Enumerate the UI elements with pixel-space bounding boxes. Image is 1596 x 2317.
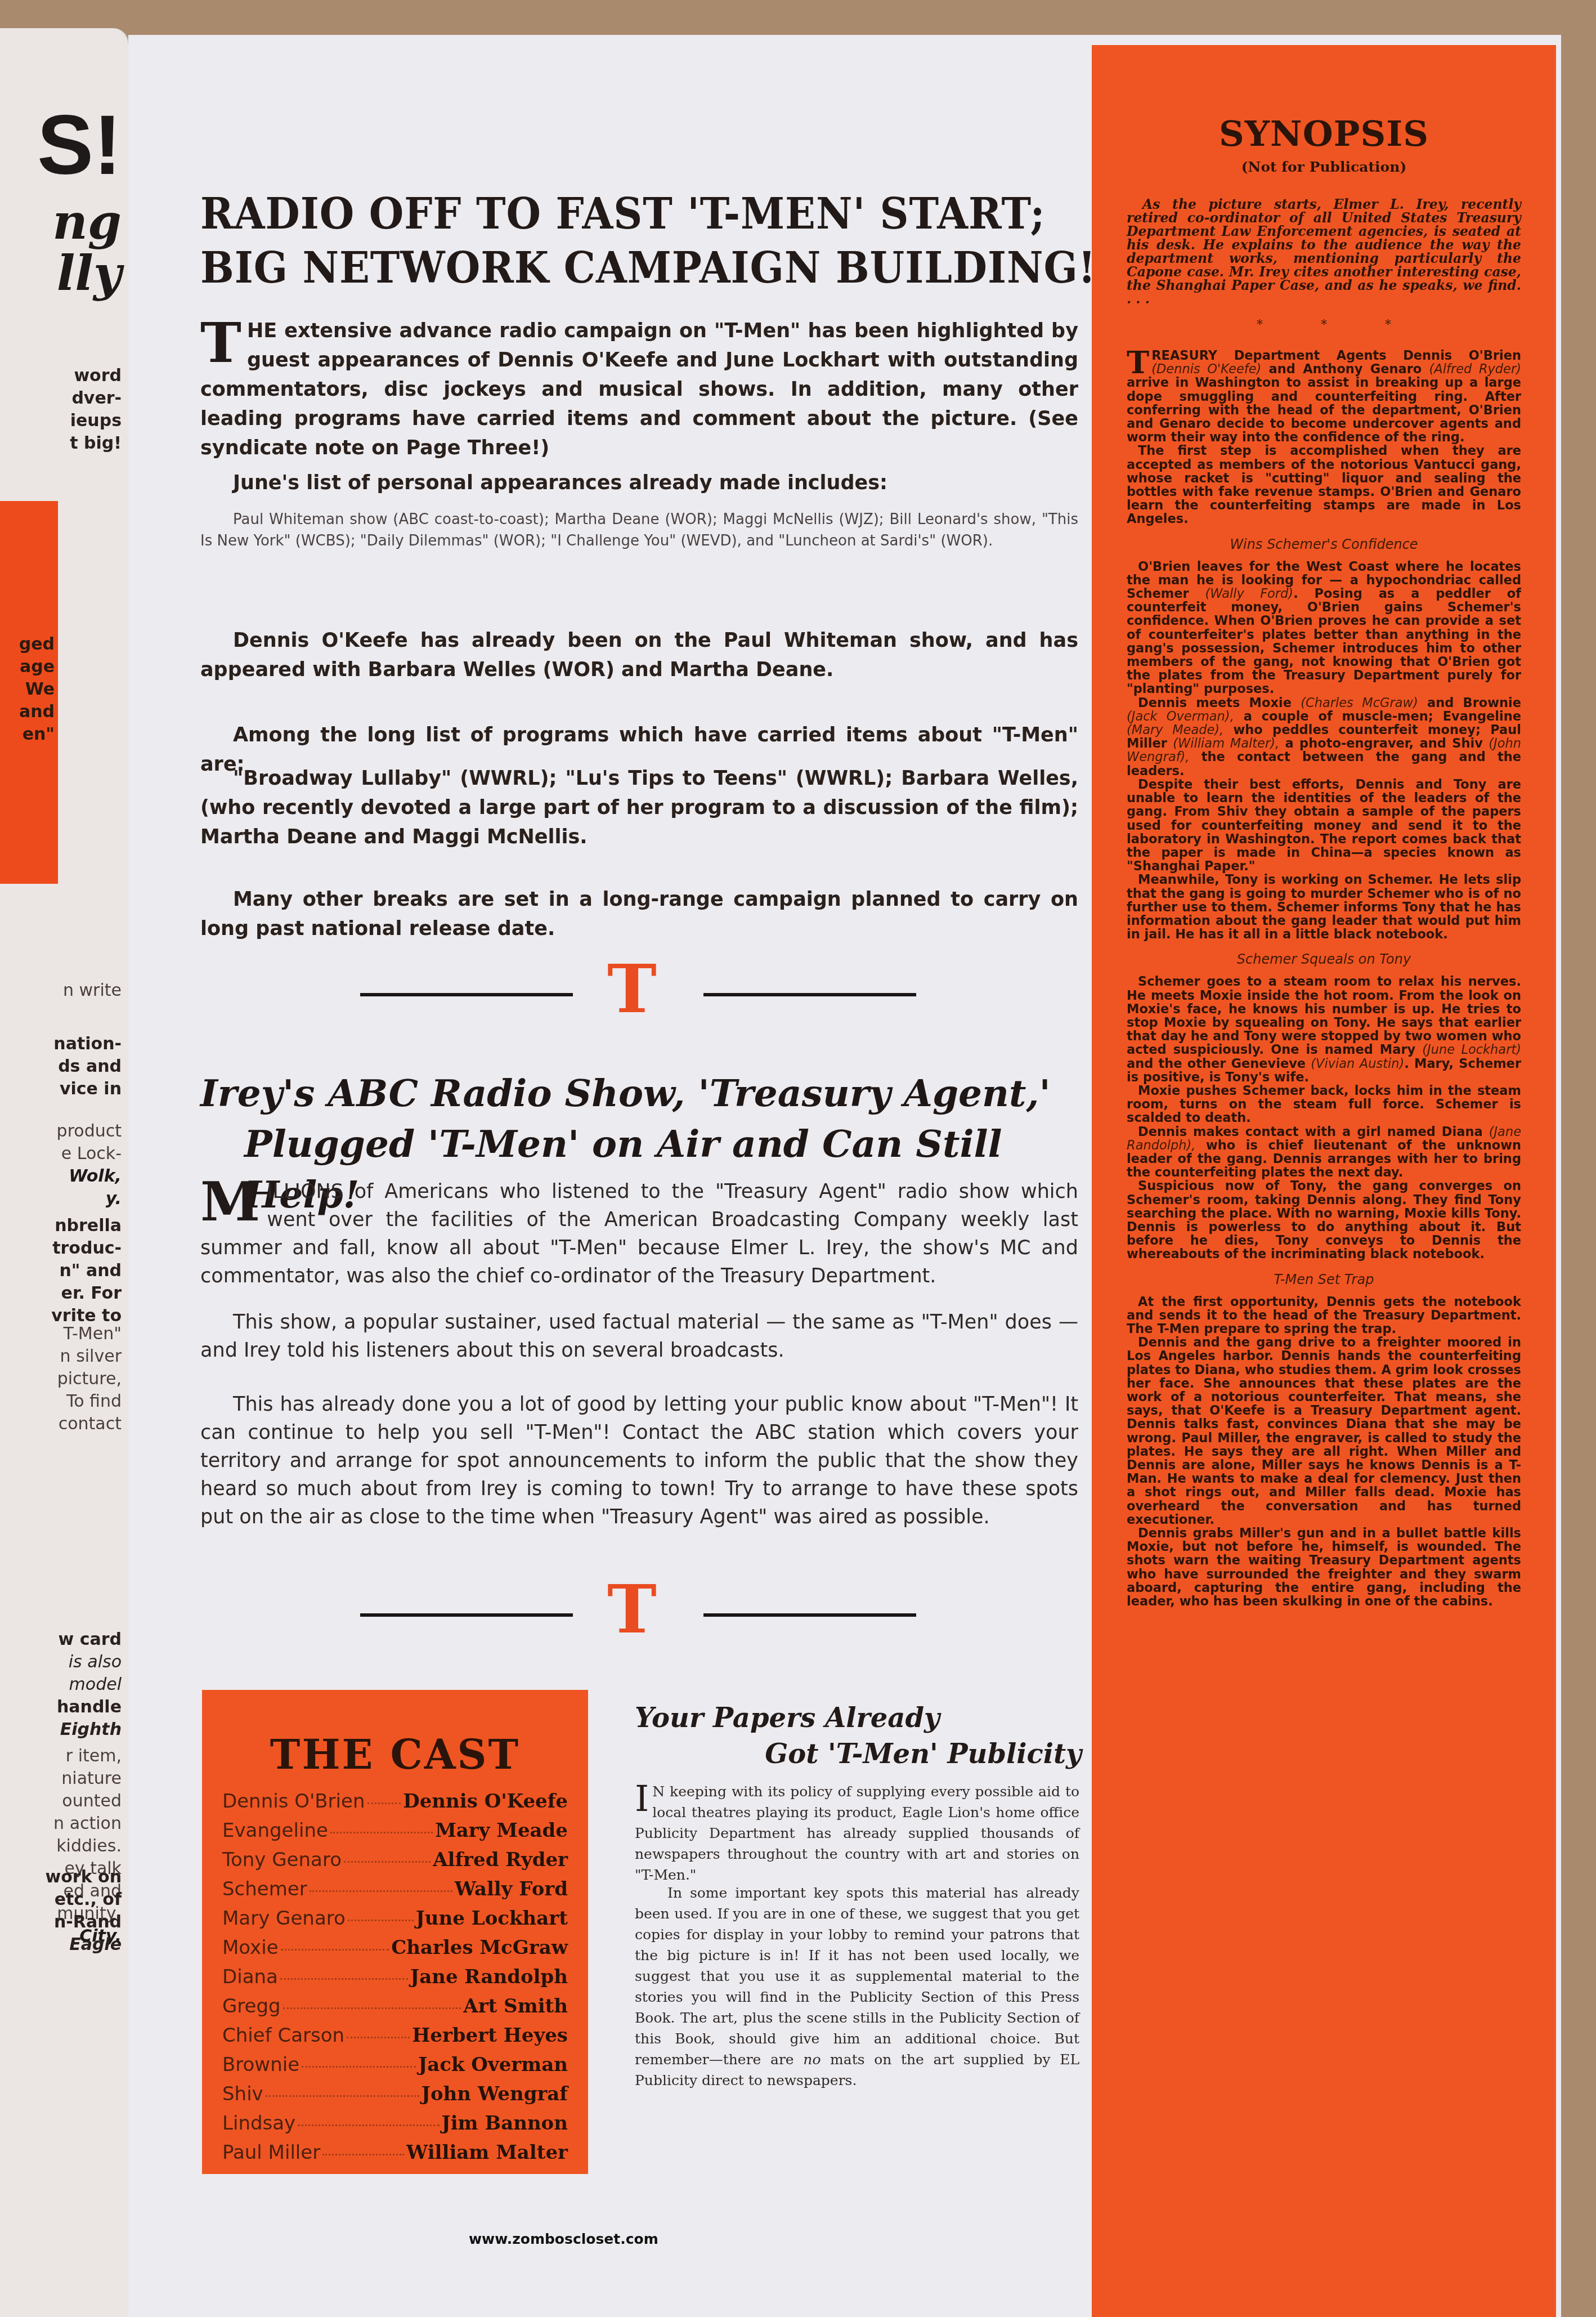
drop-cap: T [200, 320, 241, 367]
text-line: n-Rand [46, 1911, 122, 1934]
left-page-headline-fragment: S! [37, 102, 122, 187]
text-line: ds and [53, 1055, 122, 1078]
actor-credit: (William Malter), [1173, 736, 1279, 751]
text-line: contact [57, 1413, 122, 1435]
cast-actor: Jim Bannon [442, 2112, 568, 2135]
dot-leader [266, 2095, 419, 2097]
text-line: n" and [51, 1260, 122, 1282]
headline-line-1: Irey's ABC Radio Show, 'Treasury Agent,' [200, 1068, 1084, 1119]
cast-role: Schemer [222, 1878, 307, 1900]
dot-leader [348, 1920, 414, 1921]
dot-leader [367, 1802, 401, 1804]
text: a couple of muscle-men; Evangeline [1234, 709, 1521, 724]
actor-credit: (Dennis O'Keefe) [1151, 362, 1261, 377]
synopsis-paragraph: O'Brien leaves for the West Coast where … [1127, 560, 1521, 696]
programs-list: "Broadway Lullaby" (WWRL); "Lu's Tips to… [200, 764, 1078, 852]
cast-role: Diana [222, 1966, 278, 1988]
text-line: w card [57, 1629, 122, 1651]
text-line: t big! [70, 432, 122, 455]
actor-credit: (Mary Meade), [1127, 723, 1223, 737]
text-line: nbrella [51, 1215, 122, 1237]
text-line: Wolk, [57, 1165, 122, 1188]
text-line: ged [19, 633, 55, 656]
cast-row: BrownieJack Overman [222, 2054, 568, 2083]
synopsis-paragraph: Suspicious now of Tony, the gang converg… [1127, 1179, 1521, 1261]
actor-credit: (Alfred Ryder) [1429, 362, 1521, 377]
actor-credit: (Jack Overman), [1127, 709, 1234, 724]
cast-actor: Charles McGraw [391, 1936, 568, 1959]
left-page-para-5: w card is also model handle Eighth [57, 1629, 122, 1741]
cast-actor: Herbert Heyes [412, 2024, 568, 2047]
dot-leader [280, 1978, 408, 1980]
cast-role: Evangeline [222, 1819, 328, 1842]
cast-actor: Art Smith [463, 1995, 568, 2018]
text: REASURY Department Agents Dennis O'Brien [1151, 348, 1521, 363]
divider-rule-left [360, 993, 573, 996]
actor-credit: (Vivian Austin) [1311, 1057, 1404, 1071]
left-page-para-2: product e Lock- Wolk, y. [57, 1120, 122, 1210]
main-column: RADIO OFF TO FAST 'T-MEN' START; BIG NET… [128, 35, 1092, 2317]
cast-role: Dennis O'Brien [222, 1790, 365, 1813]
drop-cap: M [200, 1180, 260, 1224]
synopsis-paragraph: Dennis makes contact with a girl named D… [1127, 1125, 1521, 1180]
cast-role: Paul Miller [222, 2141, 320, 2164]
cast-row: ShivJohn Wengraf [222, 2083, 568, 2112]
cast-actor: Jane Randolph [410, 1966, 568, 1988]
text-line: troduc- [51, 1237, 122, 1260]
cast-role: Tony Genaro [222, 1849, 342, 1871]
press-book-page: RADIO OFF TO FAST 'T-MEN' START; BIG NET… [128, 35, 1561, 2317]
text-line: etc., of [46, 1889, 122, 1911]
cast-row: GreggArt Smith [222, 1995, 568, 2024]
text-line: age [19, 656, 55, 678]
text: and the other Genevieve [1127, 1057, 1311, 1071]
text: arrive in Washington to assist in breaki… [1127, 375, 1521, 445]
synopsis-paragraph: Dennis grabs Miller's gun and in a bulle… [1127, 1527, 1521, 1608]
cast-role: Gregg [222, 1995, 281, 2018]
text-line: We [19, 678, 55, 701]
divider-rule-right [703, 1613, 916, 1617]
text-line: vice in [53, 1078, 122, 1101]
text-line: er. For [51, 1282, 122, 1305]
synopsis-paragraph: Meanwhile, Tony is working on Schemer. H… [1127, 873, 1521, 941]
cast-list: Dennis O'BrienDennis O'KeefeEvangelineMa… [222, 1790, 568, 2171]
left-page-subhead-1: ng [52, 197, 122, 248]
watermark-link[interactable]: www.zomboscloset.com [469, 2231, 658, 2247]
irey-paragraph-1: MILLIONS of Americans who listened to th… [200, 1178, 1078, 1290]
cast-role: Mary Genaro [222, 1907, 346, 1930]
cast-row: Chief CarsonHerbert Heyes [222, 2024, 568, 2054]
cast-row: MoxieCharles McGraw [222, 1936, 568, 1966]
text-line: product [57, 1120, 122, 1143]
text-line: To find [57, 1390, 122, 1413]
text-line: is also [57, 1651, 122, 1674]
cast-role: Lindsay [222, 2112, 295, 2135]
cast-row: Tony GenaroAlfred Ryder [222, 1849, 568, 1878]
text: a photo-engraver, and Shiv [1279, 736, 1489, 751]
divider-rule-right [703, 993, 916, 996]
text: . Posing as a peddler of counterfeit mon… [1127, 587, 1521, 696]
radio-article-lead: THE extensive advance radio campaign on … [200, 316, 1078, 463]
dot-leader [344, 1861, 431, 1863]
t-ornament-divider-1: T [353, 958, 916, 1020]
synopsis-paragraph: Schemer goes to a steam room to relax hi… [1127, 975, 1521, 1084]
left-page-para-4: T-Men" n silver picture, To find contact [57, 1323, 122, 1435]
text-line: and [19, 701, 55, 723]
cast-row: SchemerWally Ford [222, 1878, 568, 1907]
cast-role: Shiv [222, 2083, 263, 2105]
t-ornament-icon: T [607, 958, 657, 1020]
left-page-para-3: nbrella troduc- n" and er. For vrite to [51, 1215, 122, 1327]
dot-leader [330, 1832, 433, 1833]
papers-paragraph-2: In some important key spots this materia… [635, 1882, 1079, 2091]
dot-leader [283, 2007, 461, 2009]
synopsis-subheading: Wins Schemer's Confidence [1127, 536, 1521, 552]
divider-rule-left [360, 1613, 573, 1617]
irey-paragraph-3: This has already done you a lot of good … [200, 1390, 1078, 1531]
cast-actor: June Lockhart [416, 1907, 568, 1930]
cast-actor: Jack Overman [418, 2054, 568, 2076]
synopsis-paragraph: TREASURY Department Agents Dennis O'Brie… [1127, 349, 1521, 444]
paragraph-text: In some important key spots this materia… [635, 1885, 1079, 2068]
text-line: T-Men" [57, 1323, 122, 1345]
lead-text: HE extensive advance radio campaign on "… [200, 320, 1078, 459]
cast-actor: Dennis O'Keefe [403, 1790, 568, 1813]
text: Dennis makes contact with a girl named D… [1138, 1125, 1489, 1139]
cast-actor: John Wengraf [422, 2083, 568, 2105]
left-page-write: n write [63, 979, 122, 1002]
left-page-para-1: nation- ds and vice in [53, 1033, 122, 1101]
dot-leader [322, 2154, 404, 2155]
synopsis-paragraph: Dennis meets Moxie (Charles McGraw) and … [1127, 696, 1521, 778]
t-ornament-divider-2: T [353, 1578, 916, 1640]
text-line: e Lock- [57, 1143, 122, 1165]
synopsis-subheading: T-Men Set Trap [1127, 1272, 1521, 1287]
radio-article-headline: RADIO OFF TO FAST 'T-MEN' START; BIG NET… [200, 187, 1019, 295]
june-appearances-list: Paul Whiteman show (ABC coast-to-coast);… [200, 509, 1078, 552]
text-line: dver- [70, 387, 122, 410]
text-line: Eagle [46, 1934, 122, 1956]
headline-line-2: BIG NETWORK CAMPAIGN BUILDING! [200, 241, 1019, 295]
text-line: y. [57, 1188, 122, 1210]
dot-leader [310, 1890, 452, 1892]
cast-box: THE CAST Dennis O'BrienDennis O'KeefeEva… [202, 1690, 588, 2174]
text-line: work on [46, 1866, 122, 1889]
cast-role: Brownie [222, 2054, 299, 2076]
text-line: model [57, 1674, 122, 1696]
text-line: r item, [53, 1745, 122, 1768]
asterism-divider: * * * [1127, 318, 1521, 332]
headline-line-1: Your Papers Already [635, 1700, 1085, 1736]
left-page-subhead-2: lly [57, 249, 122, 299]
cast-row: DianaJane Randolph [222, 1966, 568, 1995]
text-line: niature [53, 1768, 122, 1790]
dot-leader [281, 1949, 389, 1951]
paragraph-text: ILLIONS of Americans who listened to the… [200, 1180, 1078, 1287]
synopsis-paragraph: Moxie pushes Schemer back, locks him in … [1127, 1084, 1521, 1125]
drop-cap: I [635, 1783, 649, 1815]
synopsis-column: SYNOPSIS (Not for Publication) As the pi… [1092, 45, 1556, 2317]
headline-line-1: RADIO OFF TO FAST 'T-MEN' START; [200, 187, 1019, 241]
text-line: n action [53, 1813, 122, 1835]
left-page-para-7: work on etc., of n-Rand Eagle [46, 1866, 122, 1956]
synopsis-subtitle: (Not for Publication) [1127, 159, 1521, 175]
cast-row: Mary GenaroJune Lockhart [222, 1907, 568, 1936]
text-line: n silver [57, 1345, 122, 1368]
synopsis-paragraph: Dennis and the gang drive to a freighter… [1127, 1336, 1521, 1527]
left-facing-page: S! ng lly word dver- ieups t big! ged ag… [0, 28, 130, 2317]
june-appearances-heading: June's list of personal appearances alre… [200, 468, 1078, 498]
synopsis-paragraph: The first step is accomplished when they… [1127, 444, 1521, 526]
irey-paragraph-2: This show, a popular sustainer, used fac… [200, 1308, 1078, 1365]
cast-role: Chief Carson [222, 2024, 344, 2047]
cast-row: EvangelineMary Meade [222, 1819, 568, 1849]
actor-credit: (Wally Ford) [1205, 587, 1294, 601]
cast-actor: William Malter [406, 2141, 568, 2164]
text: and Anthony Genaro [1261, 362, 1429, 377]
dot-leader [302, 2066, 416, 2068]
headline-line-2: Got 'T-Men' Publicity [635, 1736, 1085, 1772]
synopsis-paragraph: At the first opportunity, Dennis gets th… [1127, 1295, 1521, 1336]
text-line: kiddies. [53, 1835, 122, 1858]
cast-title: THE CAST [222, 1729, 568, 1780]
cast-actor: Mary Meade [435, 1819, 568, 1842]
papers-article-headline: Your Papers Already Got 'T-Men' Publicit… [635, 1700, 1085, 1772]
left-page-orange-box: ged age We and en" [0, 501, 58, 884]
text: and Brownie [1418, 696, 1521, 710]
dot-leader [347, 2037, 410, 2038]
text-line: ieups [70, 410, 122, 432]
cast-row: Paul MillerWilliam Malter [222, 2141, 568, 2171]
dot-leader [298, 2124, 439, 2126]
text-line: picture, [57, 1368, 122, 1390]
synopsis-intro: As the picture starts, Elmer L. Irey, re… [1127, 198, 1521, 306]
cast-actor: Alfred Ryder [433, 1849, 568, 1871]
okeefe-paragraph: Dennis O'Keefe has already been on the P… [200, 626, 1078, 685]
cast-actor: Wally Ford [455, 1878, 568, 1900]
actor-credit: (June Lockhart) [1422, 1043, 1521, 1057]
text-line: word [70, 365, 122, 387]
drop-cap: T [1127, 350, 1149, 375]
text-line: nation- [53, 1033, 122, 1055]
synopsis-subheading: Schemer Squeals on Tony [1127, 951, 1521, 967]
actor-credit: (Charles McGraw) [1301, 696, 1418, 710]
text-line: Eighth [57, 1719, 122, 1741]
text: Dennis meets Moxie [1138, 696, 1301, 710]
left-page-intro: word dver- ieups t big! [70, 365, 122, 455]
synopsis-title: SYNOPSIS [1127, 111, 1521, 156]
emphasis: no [803, 2051, 821, 2068]
text-line: ounted [53, 1790, 122, 1813]
papers-paragraph-1: IN keeping with its policy of supplying … [635, 1781, 1079, 1885]
synopsis-paragraph: Despite their best efforts, Dennis and T… [1127, 778, 1521, 873]
paragraph-text: N keeping with its policy of supplying e… [635, 1783, 1079, 1883]
text-line: en" [19, 723, 55, 746]
cast-row: Dennis O'BrienDennis O'Keefe [222, 1790, 568, 1819]
t-ornament-icon: T [607, 1578, 657, 1640]
breaks-paragraph: Many other breaks are set in a long-rang… [200, 885, 1078, 943]
text-line: handle [57, 1696, 122, 1719]
cast-role: Moxie [222, 1936, 279, 1959]
cast-row: LindsayJim Bannon [222, 2112, 568, 2141]
